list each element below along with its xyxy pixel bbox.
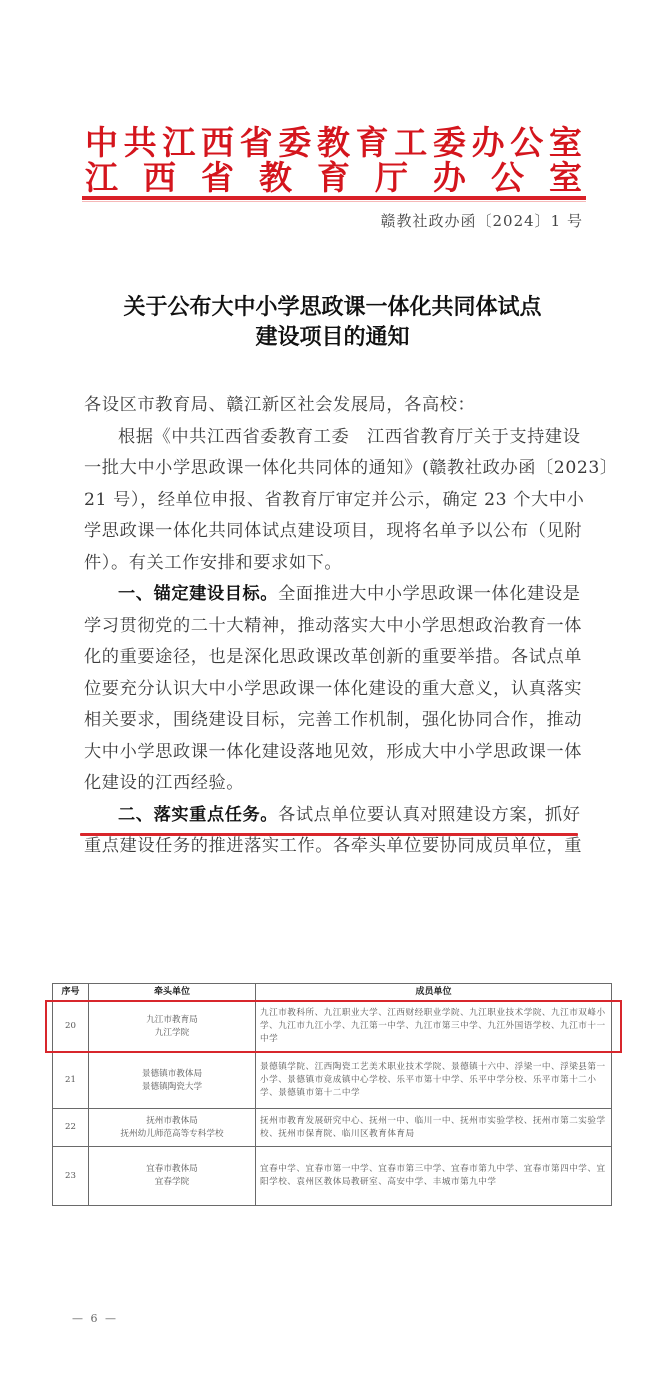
table-row: 20 九江市教育局 九江学院 九江市教科所、九江职业大学、江西财经职业学院、九江… (53, 1001, 612, 1053)
section-1-line: 学习贯彻党的二十大精神，推动落实大中小学思想政治教育一体 (84, 611, 584, 643)
masthead-char: 省 (240, 125, 273, 161)
section-1-line: 相关要求，围绕建设目标，完善工作机制，强化协同合作，推动 (84, 705, 584, 737)
section-1-text: 全面推进大中小学思政课一体化建设是 (278, 584, 580, 604)
intro-line: 21 号），经单位申报、省教育厅审定并公示，确定 23 个大中小 (84, 485, 584, 517)
masthead-char: 省 (201, 160, 234, 196)
header-lead-unit: 牵头单位 (89, 984, 256, 1001)
masthead-char: 公 (491, 160, 524, 196)
table-row: 22 抚州市教体局 抚州幼儿师范高等专科学校 抚州市教育发展研究中心、抚州一中、… (53, 1109, 612, 1147)
document-title-line-1: 关于公布大中小学思政课一体化共同体试点 (60, 292, 605, 322)
page-number: — 6 — (72, 1312, 118, 1325)
masthead-char: 江 (85, 160, 118, 196)
red-underline-annotation (80, 833, 578, 836)
row-member-units: 九江市教科所、九江职业大学、江西财经职业学院、九江职业技术学院、九江市双峰小学、… (256, 1001, 612, 1053)
lead-unit-name: 景德镇市教体局 (89, 1068, 255, 1081)
intro-line: 根据《中共江西省委教育工委 江西省教育厅关于支持建设 (84, 422, 584, 454)
row-member-units: 抚州市教育发展研究中心、抚州一中、临川一中、抚州市实验学校、抚州市第二实验学校、… (256, 1109, 612, 1147)
masthead-char: 委 (278, 125, 311, 161)
masthead-line-2: 江 西 省 教 育 厅 办 公 室 (85, 160, 582, 196)
masthead-char: 工 (394, 125, 427, 161)
section-2-first-line: 二、落实重点任务。各试点单位要认真对照建设方案，抓好 (84, 800, 584, 832)
row-no: 23 (53, 1147, 89, 1206)
masthead-red-rule-shadow (82, 201, 586, 202)
salutation: 各设区市教育局、赣江新区社会发展局，各高校： (84, 390, 584, 422)
section-2-text: 各试点单位要认真对照建设方案，抓好 (278, 805, 580, 825)
masthead-char: 办 (472, 125, 505, 161)
table-row: 23 宜春市教体局 宜春学院 宜春中学、宜春市第一中学、宜春市第三中学、宜春市第… (53, 1147, 612, 1206)
row-member-units: 景德镇学院、江西陶瓷工艺美术职业技术学院、景德镇十六中、浮梁一中、浮梁县第一小学… (256, 1053, 612, 1109)
masthead-char: 西 (201, 125, 234, 161)
masthead-char: 公 (510, 125, 543, 161)
section-1-first-line: 一、锚定建设目标。全面推进大中小学思政课一体化建设是 (84, 579, 584, 611)
masthead-char: 育 (317, 160, 350, 196)
masthead-line-1: 中 共 江 西 省 委 教 育 工 委 办 公 室 (85, 125, 582, 161)
masthead-char: 教 (259, 160, 292, 196)
masthead-char: 西 (143, 160, 176, 196)
section-1-line: 化的重要途径，也是深化思政课改革创新的重要举措。各试点单 (84, 642, 584, 674)
intro-line: 学思政课一体化共同体试点建设项目，现将名单予以公布（见附 (84, 516, 584, 548)
masthead-red-rule (82, 196, 586, 200)
row-no: 22 (53, 1109, 89, 1147)
lead-unit-name: 九江市教育局 (89, 1014, 255, 1027)
row-lead-unit: 九江市教育局 九江学院 (89, 1001, 256, 1053)
document-number: 赣教社政办函〔2024〕1 号 (381, 210, 584, 231)
member-units-table-container: 序号 牵头单位 成员单位 20 九江市教育局 九江学院 九江市教科所、九江职业大… (52, 983, 612, 1206)
masthead-char: 中 (85, 125, 118, 161)
masthead-char: 委 (433, 125, 466, 161)
header-no: 序号 (53, 984, 89, 1001)
masthead-char: 室 (549, 160, 582, 196)
intro-line: 件）。有关工作安排和要求如下。 (84, 548, 584, 580)
masthead-char: 教 (317, 125, 350, 161)
document-body: 各设区市教育局、赣江新区社会发展局，各高校： 根据《中共江西省委教育工委 江西省… (84, 390, 584, 863)
lead-unit-name: 景德镇陶瓷大学 (89, 1081, 255, 1094)
lead-unit-name: 宜春学院 (89, 1176, 255, 1189)
lead-unit-name: 宜春市教体局 (89, 1163, 255, 1176)
lead-unit-name: 抚州幼儿师范高等专科学校 (89, 1128, 255, 1141)
section-1-line: 大中小学思政课一体化建设落地见效，形成大中小学思政课一体 (84, 737, 584, 769)
member-units-table: 序号 牵头单位 成员单位 20 九江市教育局 九江学院 九江市教科所、九江职业大… (52, 983, 612, 1206)
document-title-line-2: 建设项目的通知 (60, 322, 605, 352)
table-header-row: 序号 牵头单位 成员单位 (53, 984, 612, 1001)
row-lead-unit: 景德镇市教体局 景德镇陶瓷大学 (89, 1053, 256, 1109)
masthead-char: 办 (433, 160, 466, 196)
table-row: 21 景德镇市教体局 景德镇陶瓷大学 景德镇学院、江西陶瓷工艺美术职业技术学院、… (53, 1053, 612, 1109)
header-member-units: 成员单位 (256, 984, 612, 1001)
section-1-heading: 一、锚定建设目标。 (118, 584, 278, 604)
row-member-units: 宜春中学、宜春市第一中学、宜春市第三中学、宜春市第九中学、宜春市第四中学、宜阳学… (256, 1147, 612, 1206)
lead-unit-name: 九江学院 (89, 1027, 255, 1040)
intro-line: 一批大中小学思政课一体化共同体的通知》(赣教社政办函〔2023〕 (84, 453, 584, 485)
masthead-char: 厅 (375, 160, 408, 196)
lead-unit-name: 抚州市教体局 (89, 1115, 255, 1128)
masthead-char: 育 (356, 125, 389, 161)
section-1-line: 位要充分认识大中小学思政课一体化建设的重大意义，认真落实 (84, 674, 584, 706)
row-no: 20 (53, 1001, 89, 1053)
masthead-char: 室 (549, 125, 582, 161)
row-lead-unit: 抚州市教体局 抚州幼儿师范高等专科学校 (89, 1109, 256, 1147)
row-lead-unit: 宜春市教体局 宜春学院 (89, 1147, 256, 1206)
masthead-char: 江 (162, 125, 195, 161)
section-2-heading: 二、落实重点任务。 (118, 805, 278, 825)
masthead-char: 共 (124, 125, 157, 161)
row-no: 21 (53, 1053, 89, 1109)
section-1-line: 化建设的江西经验。 (84, 768, 584, 800)
